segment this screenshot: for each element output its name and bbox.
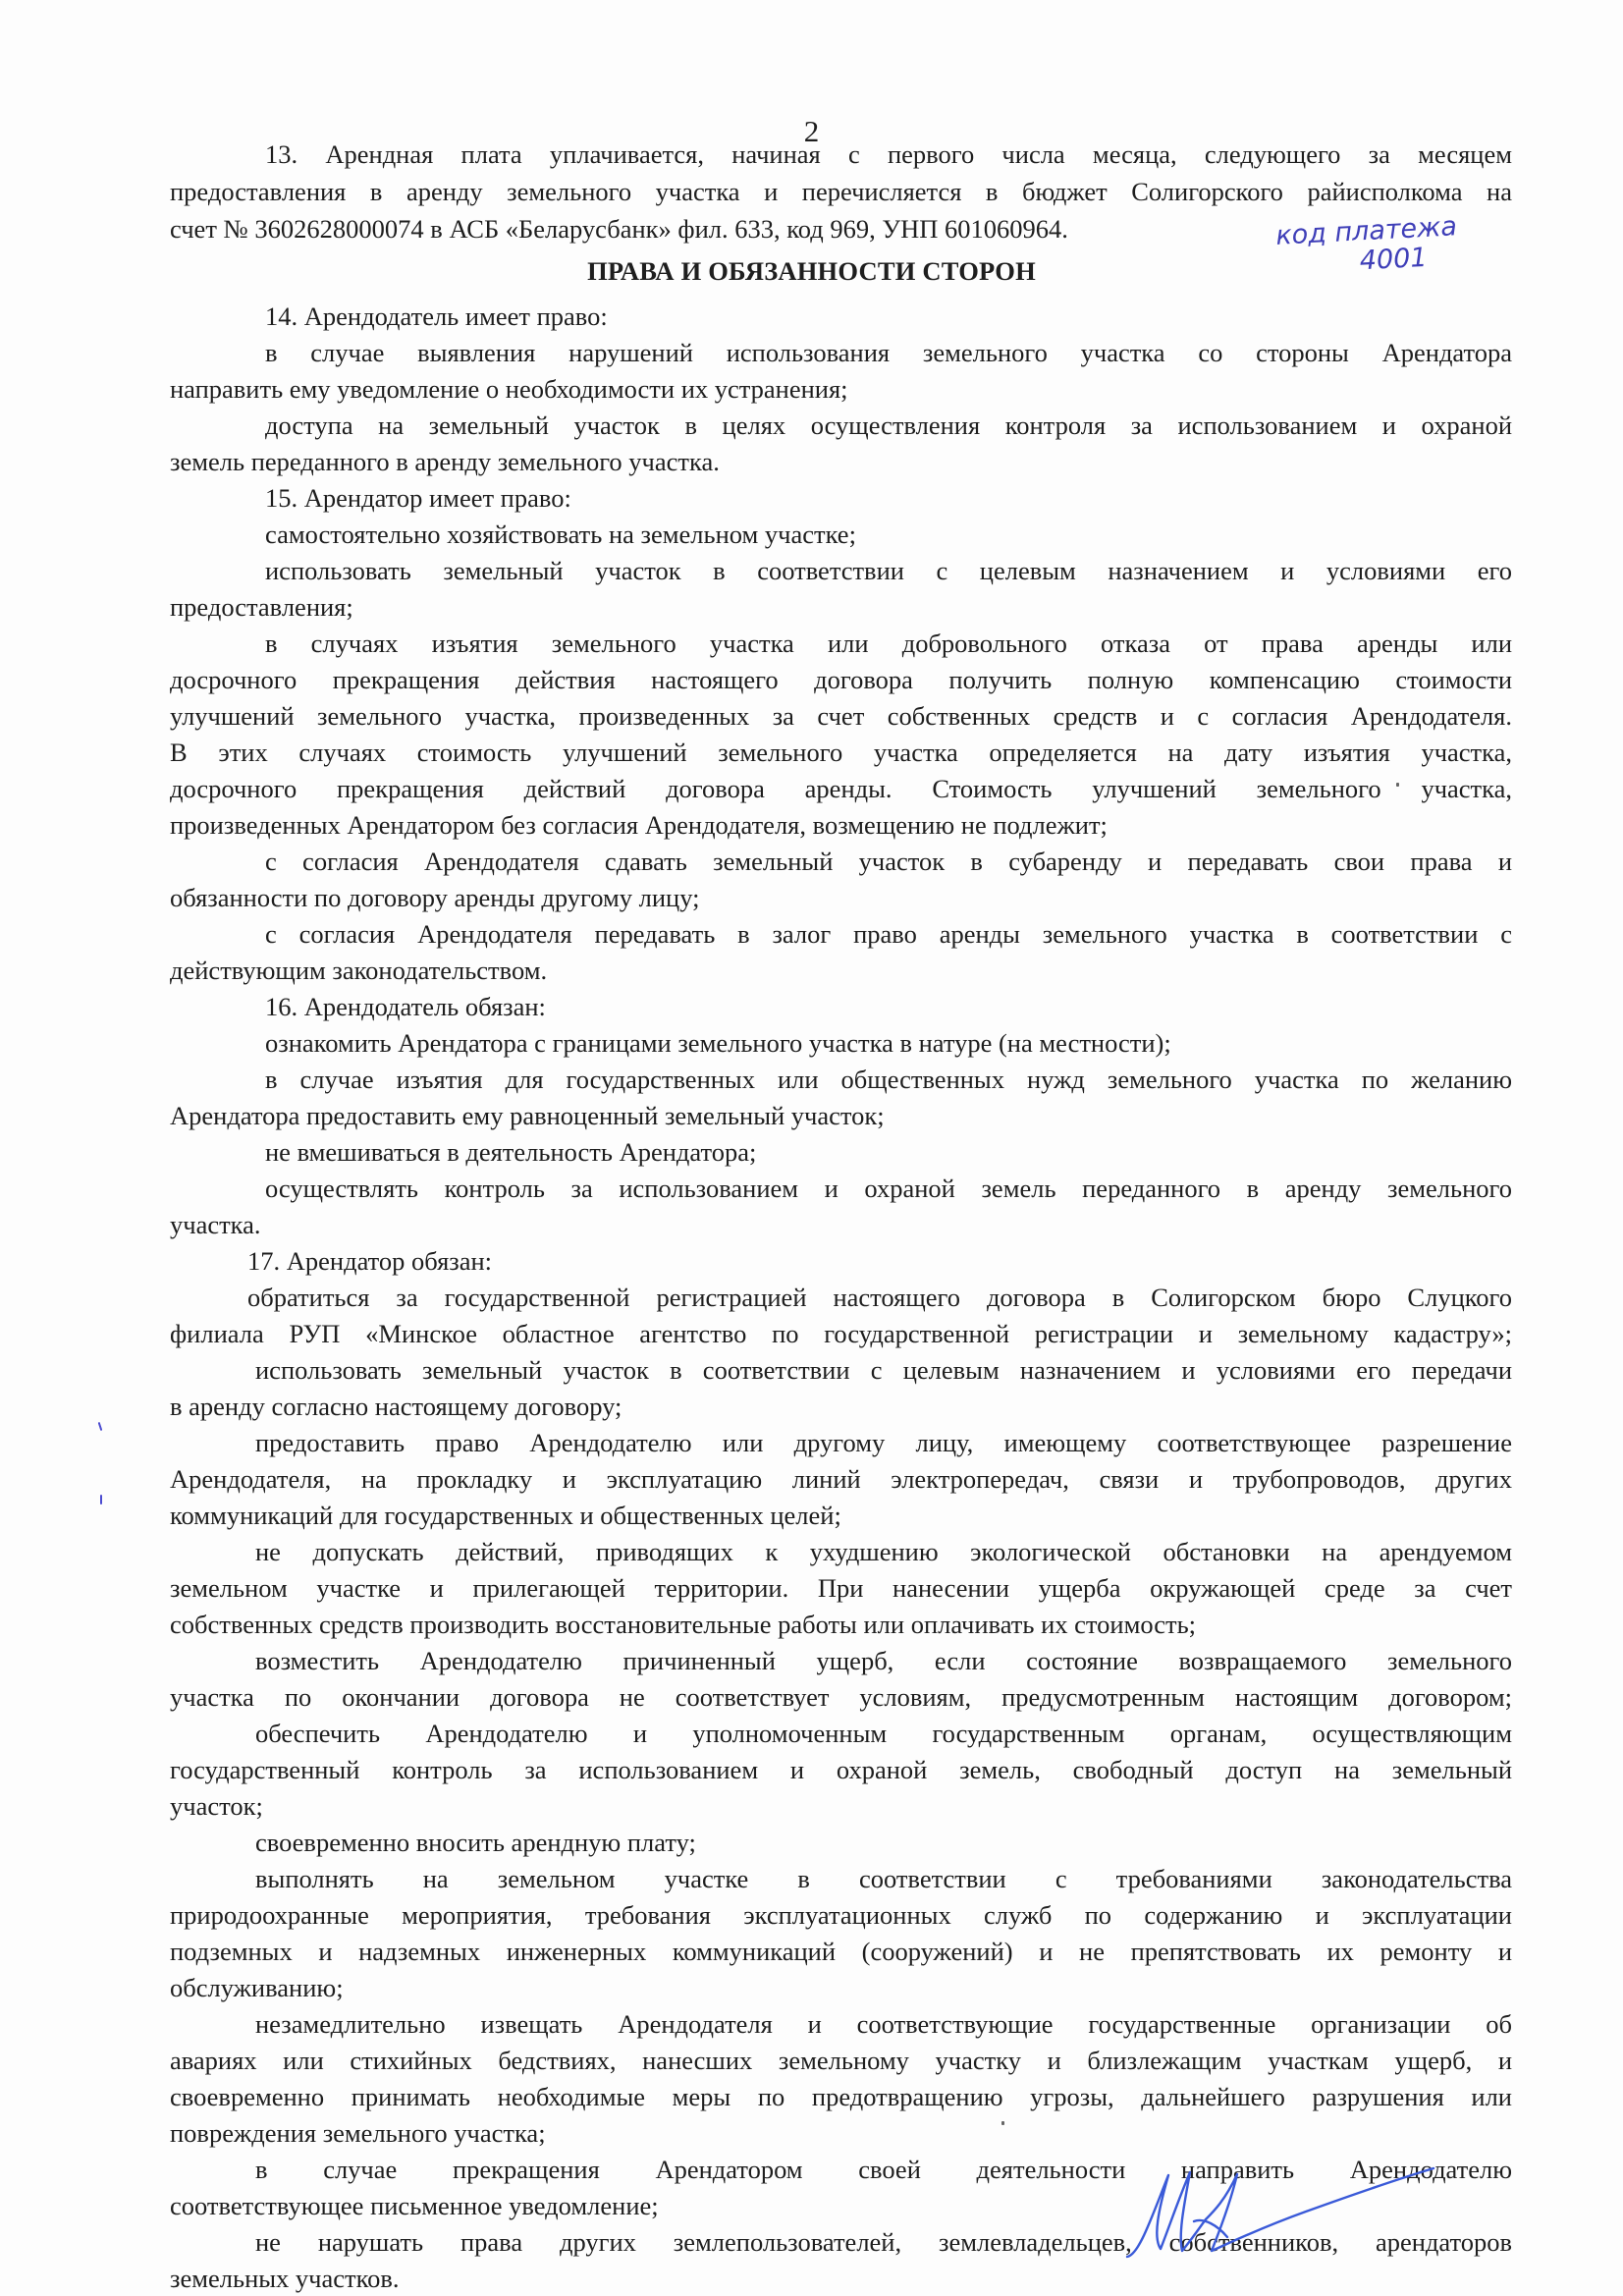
text-line: направить ему уведомление о необходимост… bbox=[170, 372, 1512, 406]
text-line: подземных и надземных инженерных коммуни… bbox=[170, 1935, 1512, 1968]
text-line: обратиться за государственной регистраци… bbox=[247, 1281, 1512, 1314]
text-line: Арендатора предоставить ему равноценный … bbox=[170, 1099, 1512, 1132]
text-line: 17. Арендатор обязан: bbox=[247, 1244, 1512, 1278]
text-line: в случаях изъятия земельного участка или… bbox=[265, 627, 1512, 660]
text-line: выполнять на земельном участке в соответ… bbox=[255, 1862, 1512, 1895]
text-line: земель переданного в аренду земельного у… bbox=[170, 445, 1512, 478]
text-line: обязанности по договору аренды другому л… bbox=[170, 881, 1512, 914]
text-line: доступа на земельный участок в целях осу… bbox=[265, 409, 1512, 442]
scan-speck bbox=[1001, 2121, 1004, 2125]
text-line: досрочного прекращения действия настояще… bbox=[170, 663, 1512, 696]
text-line: не допускать действий, приводящих к ухуд… bbox=[255, 1535, 1512, 1568]
text-line: 15. Арендатор имеет право: bbox=[265, 481, 1512, 515]
text-line: своевременно принимать необходимые меры … bbox=[170, 2080, 1512, 2113]
text-line: произведенных Арендатором без согласия А… bbox=[170, 808, 1512, 842]
text-line: собственных средств производить восстано… bbox=[170, 1608, 1512, 1641]
text-line: государственный контроль за использовани… bbox=[170, 1753, 1512, 1786]
text-line: обеспечить Арендодателю и уполномоченным… bbox=[255, 1717, 1512, 1750]
text-line: в аренду согласно настоящему договору; bbox=[170, 1390, 1512, 1423]
scan-speck bbox=[1396, 783, 1399, 787]
text-line: осуществлять контроль за использованием … bbox=[265, 1172, 1512, 1205]
text-line: В этих случаях стоимость улучшений земел… bbox=[170, 736, 1512, 769]
margin-pen-mark bbox=[98, 1422, 103, 1431]
text-line: предоставить право Арендодателю или друг… bbox=[255, 1426, 1512, 1459]
text-line: незамедлительно извещать Арендодателя и … bbox=[255, 2007, 1512, 2041]
document-page: 2 13. Арендная плата уплачивается, начин… bbox=[0, 0, 1623, 2296]
text-line: в случае изъятия для государственных или… bbox=[265, 1063, 1512, 1096]
signature-icon bbox=[1109, 2160, 1443, 2269]
text-line: с согласия Арендодателя передавать в зал… bbox=[265, 917, 1512, 951]
text-line: в случае выявления нарушений использован… bbox=[265, 336, 1512, 369]
text-line: не вмешиваться в деятельность Арендатора… bbox=[265, 1135, 1512, 1169]
margin-pen-mark bbox=[100, 1495, 102, 1504]
text-line: авариях или стихийных бедствиях, нанесши… bbox=[170, 2044, 1512, 2077]
text-line: с согласия Арендодателя сдавать земельны… bbox=[265, 845, 1512, 878]
text-line: 13. Арендная плата уплачивается, начиная… bbox=[265, 137, 1512, 171]
text-line: участка. bbox=[170, 1208, 1512, 1241]
text-line: возместить Арендодателю причиненный ущер… bbox=[255, 1644, 1512, 1677]
text-line: земельном участке и прилегающей территор… bbox=[170, 1571, 1512, 1605]
text-line: предоставления в аренду земельного участ… bbox=[170, 175, 1512, 208]
text-line: действующим законодательством. bbox=[170, 954, 1512, 987]
text-line: филиала РУП «Минское областное агентство… bbox=[170, 1317, 1512, 1350]
text-line: досрочного прекращения действий договора… bbox=[170, 772, 1512, 805]
text-line: 16. Арендодатель обязан: bbox=[265, 990, 1512, 1023]
text-line: Арендодателя, на прокладку и эксплуатаци… bbox=[170, 1462, 1512, 1496]
text-line: использовать земельный участок в соответ… bbox=[255, 1353, 1512, 1387]
text-line: природоохранные мероприятия, требования … bbox=[170, 1898, 1512, 1932]
text-line: своевременно вносить арендную плату; bbox=[255, 1826, 1512, 1859]
text-line: участок; bbox=[170, 1789, 1512, 1823]
text-line: ознакомить Арендатора с границами земель… bbox=[265, 1026, 1512, 1060]
text-line: участка по окончании договора не соответ… bbox=[170, 1680, 1512, 1714]
text-line: повреждения земельного участка; bbox=[170, 2116, 1512, 2150]
text-line: самостоятельно хозяйствовать на земельно… bbox=[265, 518, 1512, 551]
text-line: улучшений земельного участка, произведен… bbox=[170, 699, 1512, 733]
text-line: предоставления; bbox=[170, 590, 1512, 624]
text-line: 14. Арендодатель имеет право: bbox=[265, 300, 1512, 333]
text-line: обслуживанию; bbox=[170, 1971, 1512, 2004]
text-line: использовать земельный участок в соответ… bbox=[265, 554, 1512, 587]
text-line: коммуникаций для государственных и общес… bbox=[170, 1499, 1512, 1532]
